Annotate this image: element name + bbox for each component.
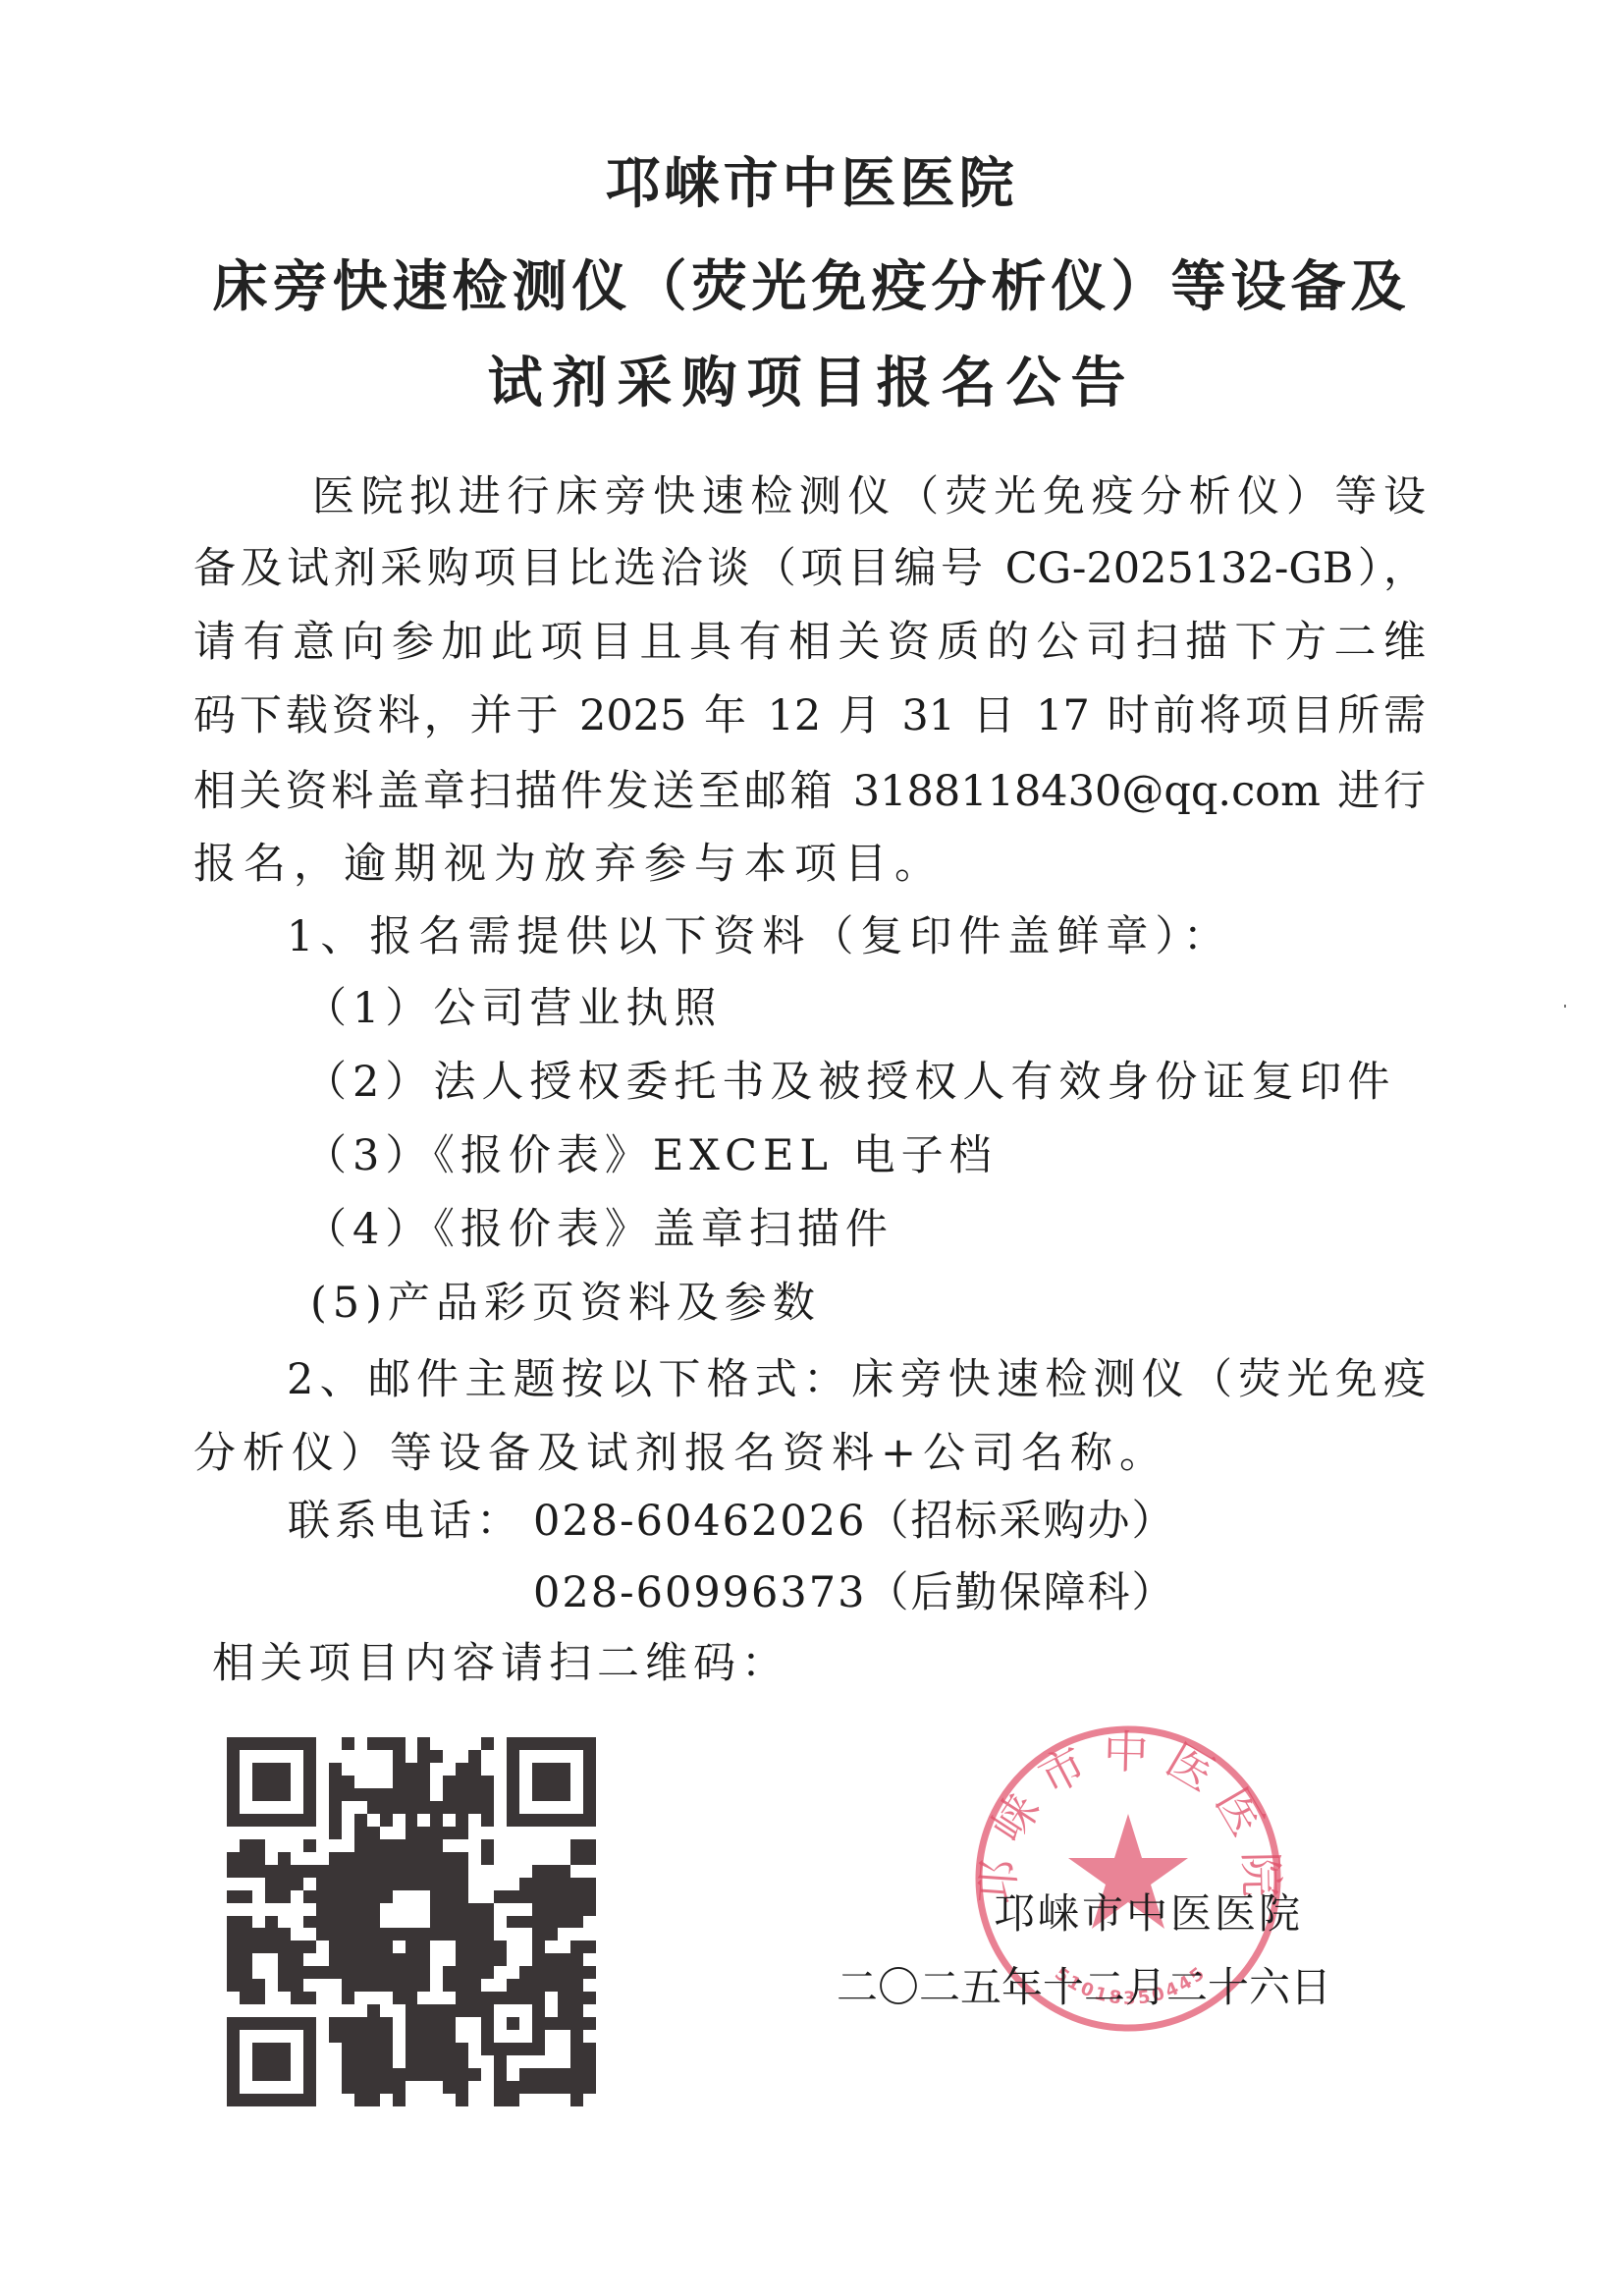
contact-label: 联系电话： <box>288 1501 523 1543</box>
scan-speck <box>1564 1005 1566 1008</box>
announcement-title-line-2: 试剂采购项目报名公告 <box>0 356 1623 411</box>
intro-line-2: 备及试剂采购项目比选洽谈（项目编号 CG-2025132-GB）， <box>193 548 1426 590</box>
section2-line-1: 2、邮件主题按以下格式：床旁快速检测仪（荧光免疫 <box>287 1359 1426 1401</box>
document-page: 邛崃市中医医院 床旁快速检测仪（荧光免疫分析仪）等设备及 试剂采购项目报名公告 … <box>0 0 1623 2296</box>
signature-date: 二〇二五年十二月二十六日 <box>837 1967 1331 2008</box>
announcement-title-line-1: 床旁快速检测仪（荧光免疫分析仪）等设备及 <box>0 260 1623 315</box>
qr-prompt: 相关项目内容请扫二维码： <box>212 1643 789 1685</box>
contact-phone-1: 028-60462026（招标采购办） <box>533 1501 1175 1543</box>
requirement-item-1: （1）公司营业执照 <box>304 988 722 1030</box>
requirement-item-2: （2）法人授权委托书及被授权人有效身份证复印件 <box>304 1062 1395 1104</box>
intro-line-1: 医院拟进行床旁快速检测仪（荧光免疫分析仪）等设 <box>312 476 1426 519</box>
qr-code-icon[interactable] <box>227 1737 596 2106</box>
requirement-item-5: (5)产品彩页资料及参数 <box>310 1283 821 1325</box>
section2-line-2: 分析仪）等设备及试剂报名资料+公司名称。 <box>193 1433 1168 1475</box>
intro-line-4: 码下载资料，并于 2025 年 12 月 31 日 17 时前将项目所需 <box>193 695 1426 738</box>
contact-phone-2: 028-60996373（后勤保障科） <box>533 1572 1175 1614</box>
intro-line-3: 请有意向参加此项目且具有相关资质的公司扫描下方二维 <box>193 622 1426 664</box>
requirement-item-4: （4）《报价表》盖章扫描件 <box>304 1209 893 1251</box>
hospital-title: 邛崃市中医医院 <box>0 157 1623 212</box>
signature-organization: 邛崃市中医医院 <box>994 1893 1303 1935</box>
requirement-item-3: （3）《报价表》EXCEL 电子档 <box>304 1135 998 1177</box>
intro-line-6: 报名，逾期视为放弃参与本项目。 <box>193 844 945 886</box>
section1-heading: 1、报名需提供以下资料（复印件盖鲜章）： <box>287 916 1232 958</box>
intro-line-5: 相关资料盖章扫描件发送至邮箱 3188118430@qq.com 进行 <box>193 771 1426 813</box>
